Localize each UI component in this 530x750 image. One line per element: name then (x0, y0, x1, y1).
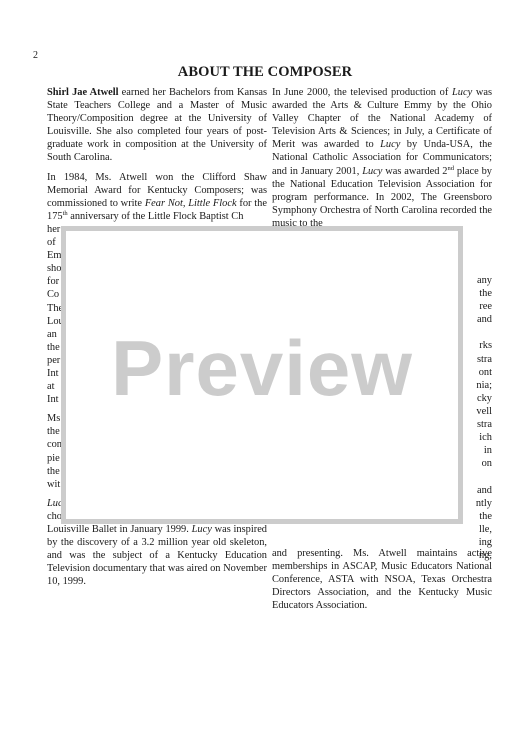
bio-paragraph-memberships: and presenting. Ms. Atwell maintains act… (272, 547, 492, 612)
bio-paragraph-education: Shirl Jae Atwell earned her Bachelors fr… (47, 86, 267, 165)
page-title: ABOUT THE COMPOSER (0, 64, 530, 81)
composer-name: Shirl Jae Atwell (47, 87, 119, 98)
preview-watermark-overlay: Preview (61, 226, 463, 524)
page-number: 2 (33, 50, 38, 61)
right-column: In June 2000, the televised production o… (272, 86, 492, 236)
work-title: Fear Not, Little Flock (145, 198, 237, 209)
right-column-overflow-fragments: any the ree and rks stra ont nia; cky ve… (476, 274, 492, 562)
preview-watermark-text: Preview (66, 323, 458, 414)
bio-paragraph-awards: In June 2000, the televised production o… (272, 86, 492, 230)
